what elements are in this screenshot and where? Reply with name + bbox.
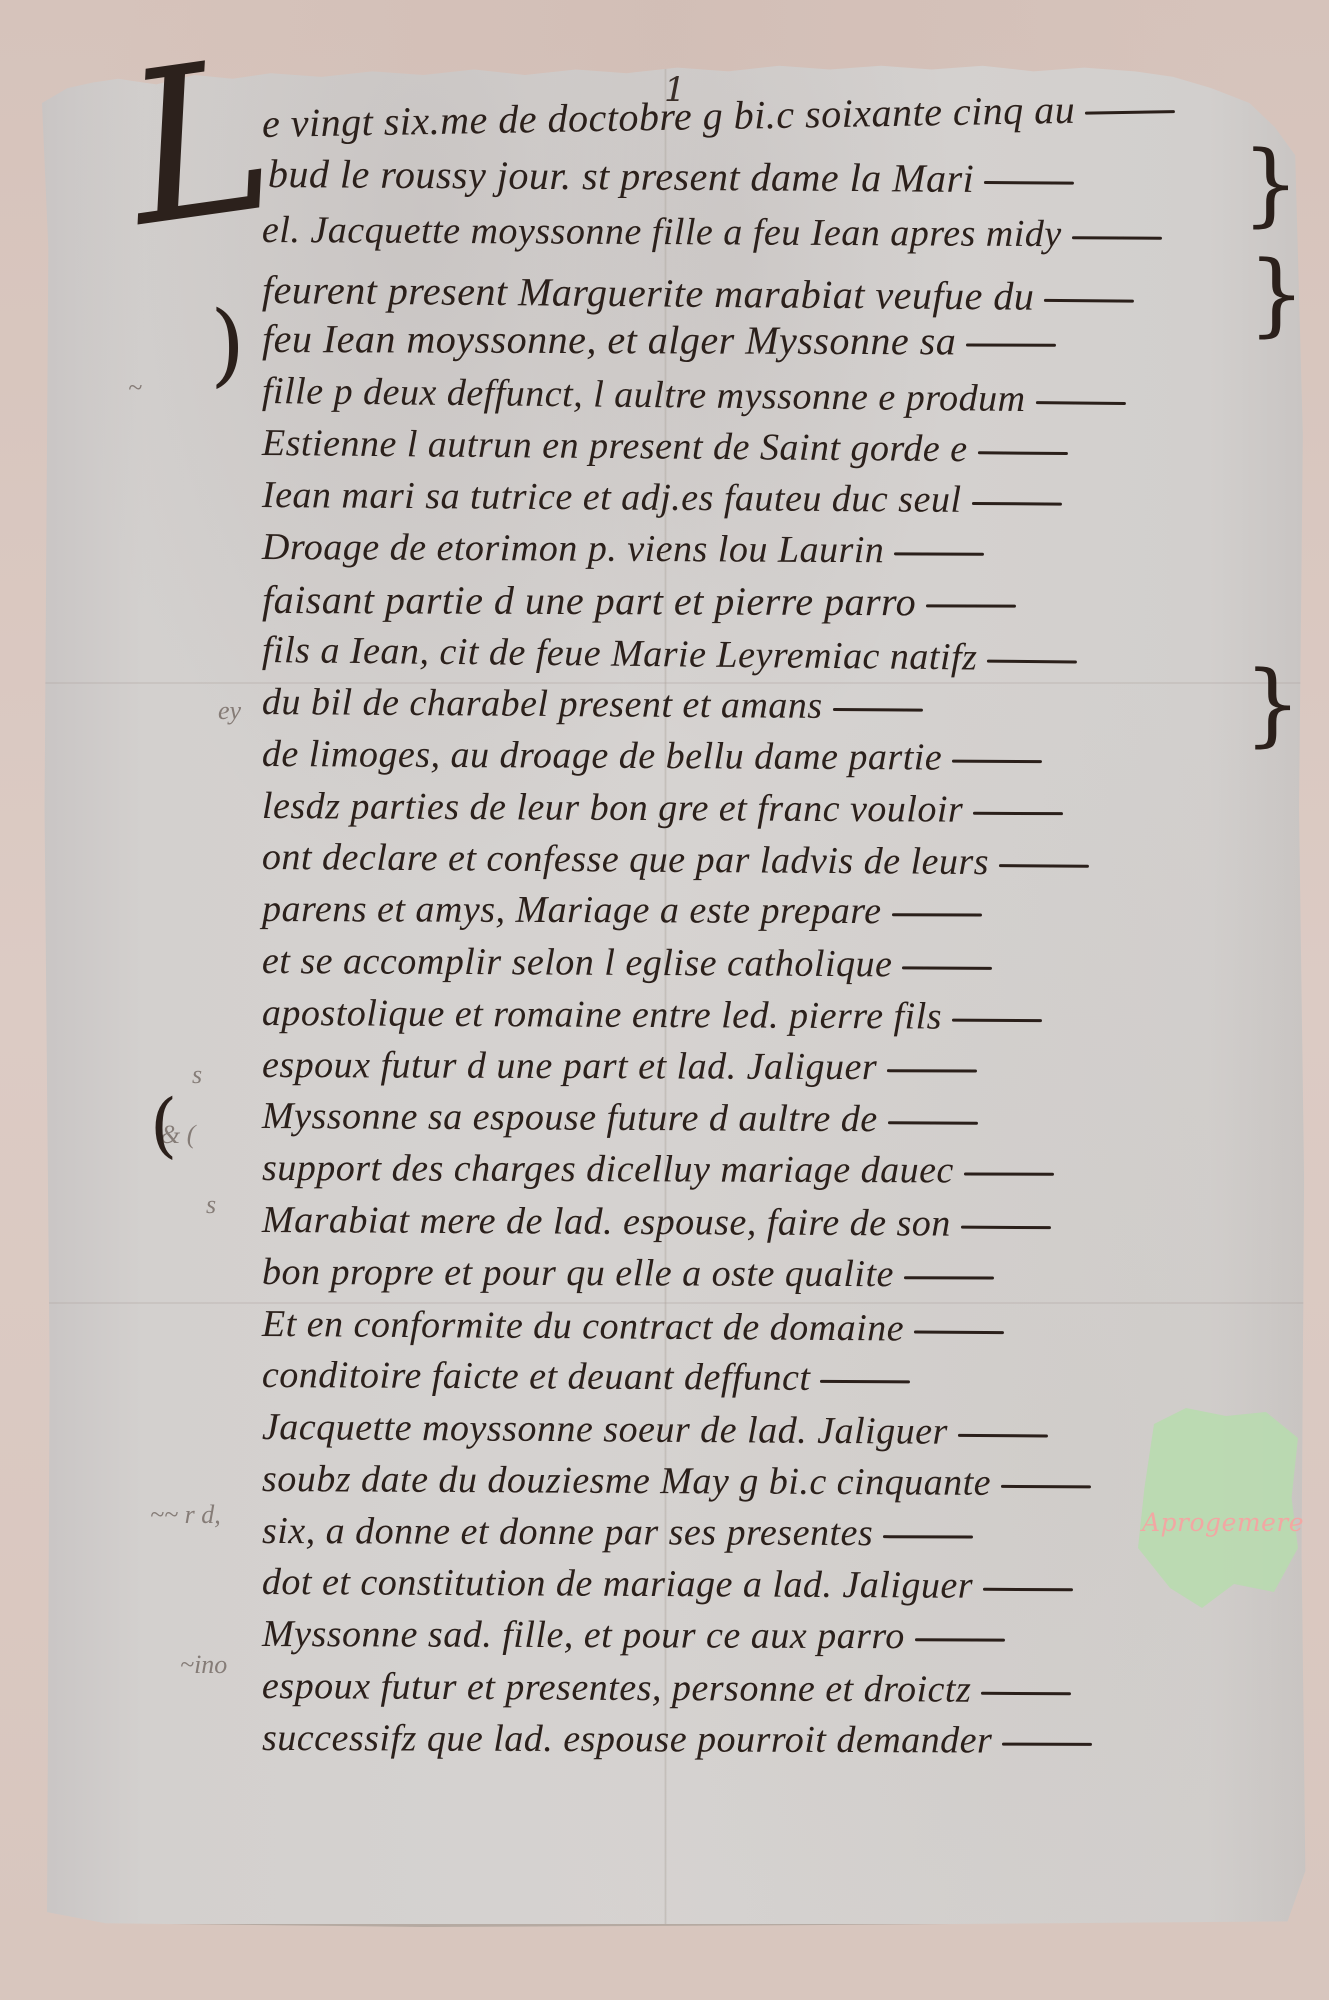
margin-note: s — [206, 1190, 216, 1220]
end-flourish: } — [1244, 660, 1301, 750]
margin-note: ey — [218, 696, 241, 726]
margin-note: ~~ r d, — [150, 1500, 221, 1530]
end-flourish: } — [1242, 140, 1299, 230]
watermark: Aprogemere — [1138, 1408, 1298, 1608]
left-flourish: ( — [210, 300, 245, 390]
end-flourish: } — [1248, 250, 1305, 340]
margin-note: s — [192, 1060, 202, 1090]
margin-note: ~ — [128, 373, 142, 403]
watermark-text: Aprogemere — [1142, 1508, 1304, 1537]
left-flourish: ( — [150, 1090, 177, 1160]
marginalia: ~eys& (s~~ r d,~ino — [0, 0, 1329, 2000]
margin-note: ~ino — [180, 1650, 227, 1680]
